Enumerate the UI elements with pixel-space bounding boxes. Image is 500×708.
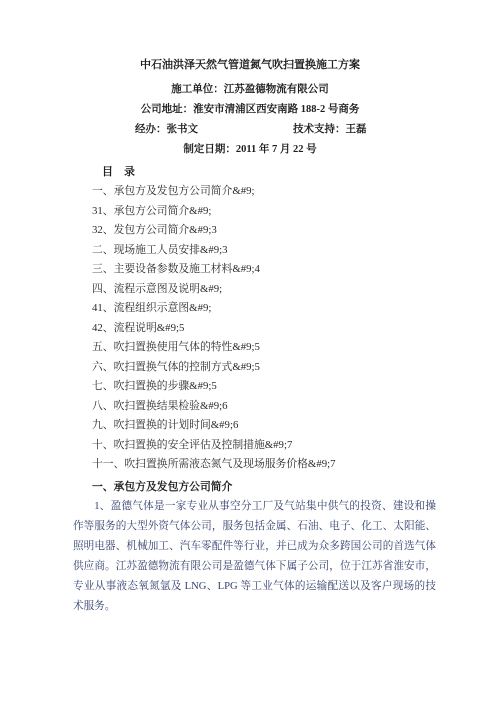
tech-support-label: 技术支持：王磊 [293, 120, 367, 140]
toc-entry: 41、流程组织示意图&#9; [73, 299, 500, 319]
company-address-line: 公司地址：淮安市清浦区西安南路 188-2 号商务 [0, 100, 500, 120]
toc-entry: 十一、吹扫置换所需液态氮气及现场服务价格&#9;7 [73, 455, 500, 475]
table-of-contents: 目 录 一、承包方及发包方公司简介&#9; 31、承包方公司简介&#9; 32、… [0, 162, 500, 475]
toc-entry: 五、吹扫置换使用气体的特性&#9;5 [73, 338, 500, 358]
toc-entry: 四、流程示意图及说明&#9; [73, 280, 500, 300]
toc-entry: 三、主要设备参数及施工材料&#9;4 [73, 260, 500, 280]
handler-label: 经办：张书文 [135, 120, 198, 140]
document-page: 中石油洪泽天然气管道氮气吹扫置换施工方案 施工单位：江苏盈德物流有限公司 公司地… [0, 0, 500, 708]
toc-entry: 32、发包方公司简介&#9;3 [73, 221, 500, 241]
toc-entry: 一、承包方及发包方公司简介&#9; [73, 182, 500, 202]
document-header: 中石油洪泽天然气管道氮气吹扫置换施工方案 施工单位：江苏盈德物流有限公司 公司地… [0, 0, 500, 160]
toc-entry: 九、吹扫置换的计划时间&#9;6 [73, 416, 500, 436]
construction-unit-line: 施工单位：江苏盈德物流有限公司 [0, 80, 500, 100]
toc-entry: 六、吹扫置换气体的控制方式&#9;5 [73, 358, 500, 378]
date-line: 制定日期：2011 年 7 月 22 号 [0, 140, 500, 160]
handler-row: 经办：张书文 技术支持：王磊 [0, 120, 500, 140]
section-heading: 一、承包方及发包方公司简介 [0, 477, 500, 497]
document-title: 中石油洪泽天然气管道氮气吹扫置换施工方案 [0, 58, 500, 73]
intro-paragraph: 1、盈德气体是一家专业从事空分工厂及气站集中供气的投资、建设和操作等服务的大型外… [73, 497, 436, 617]
toc-heading: 目 录 [73, 162, 500, 182]
toc-entry: 七、吹扫置换的步骤&#9;5 [73, 377, 500, 397]
toc-entry: 二、现场施工人员安排&#9;3 [73, 241, 500, 261]
toc-entry: 十、吹扫置换的安全评估及控制措施&#9;7 [73, 436, 500, 456]
toc-entry: 八、吹扫置换结果检验&#9;6 [73, 397, 500, 417]
toc-entry: 31、承包方公司简介&#9; [73, 202, 500, 222]
toc-entry: 42、流程说明&#9;5 [73, 319, 500, 339]
